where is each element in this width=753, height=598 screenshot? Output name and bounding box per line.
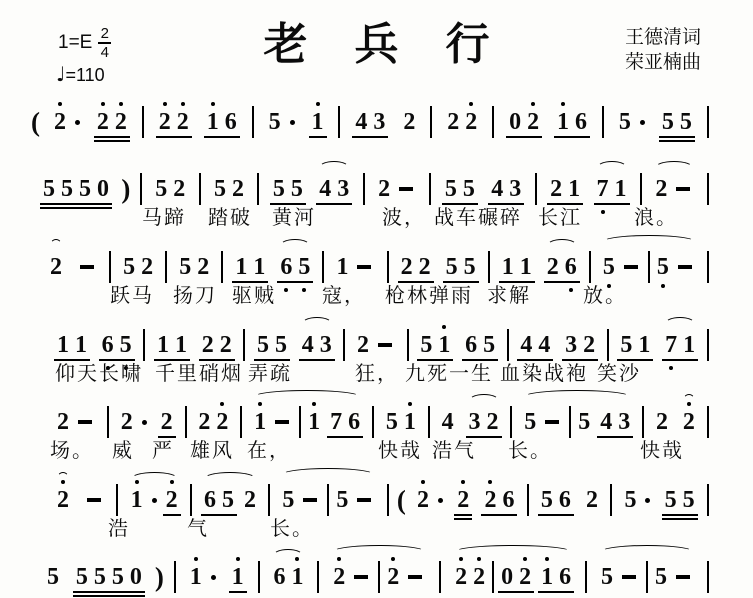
slur-span: 22: [328, 561, 430, 593]
note: 6: [502, 488, 514, 512]
note: 6: [565, 255, 577, 279]
note-group: 5: [264, 110, 299, 134]
dash: [622, 575, 636, 579]
note: 0: [130, 565, 142, 589]
note: 2: [473, 565, 485, 589]
note-group: 32: [560, 333, 600, 357]
note-group: 2: [452, 488, 474, 512]
note: 2: [216, 410, 228, 434]
note: 2: [166, 488, 178, 512]
dash: [275, 420, 289, 424]
note-group: 71: [592, 177, 632, 201]
beam-line: [204, 136, 240, 138]
note: 2: [115, 110, 127, 134]
note-group: 65: [199, 488, 239, 512]
note: 5: [620, 333, 632, 357]
lyric: 在，: [247, 434, 291, 463]
note: 2: [465, 110, 477, 134]
note-group: 43: [350, 110, 390, 134]
note-group: 51: [415, 333, 455, 357]
duration-dot: [142, 420, 147, 425]
note-group: 52: [150, 177, 190, 201]
lyric: 场。: [50, 434, 94, 463]
note-group: 11: [497, 255, 537, 279]
note-group: 43: [297, 333, 337, 357]
dash: [357, 265, 371, 269]
note-group: 2: [651, 410, 673, 434]
beam-line: [156, 136, 192, 138]
note-group: 2: [49, 110, 84, 134]
note-group: 11: [152, 333, 192, 357]
note: 5: [420, 333, 432, 357]
lyric: 千里硝烟: [155, 357, 243, 386]
note: 2: [57, 488, 69, 512]
note: 5: [446, 255, 458, 279]
lyric: 笑沙: [597, 357, 641, 386]
note: 1: [638, 333, 650, 357]
barline: [707, 561, 709, 593]
note-group: 16: [202, 110, 242, 134]
lyric: 气: [187, 512, 209, 541]
note-group: 2: [650, 177, 698, 201]
note: 2: [387, 565, 399, 589]
lyric: 长。: [270, 512, 314, 541]
beam-line: [94, 136, 130, 138]
barline: [492, 561, 494, 593]
note: 5: [61, 177, 73, 201]
note: 2: [519, 565, 531, 589]
note-group: 5: [650, 565, 698, 589]
barline: [430, 106, 432, 138]
note: 2: [198, 410, 210, 434]
note: 3: [509, 177, 521, 201]
barline: [707, 106, 709, 138]
lyric: 放。: [583, 279, 627, 308]
note: 5: [273, 177, 285, 201]
note: 6: [465, 333, 477, 357]
note: 3: [469, 410, 481, 434]
note: 6: [559, 565, 571, 589]
note: 5: [336, 488, 348, 512]
note-group: 55: [657, 110, 697, 134]
lyricist: 王德清词: [625, 26, 701, 51]
note-group: 2: [581, 488, 603, 512]
barline: [492, 106, 494, 138]
lyric-line: 马蹄踏破黄河波，战车碾碎长江浪。: [0, 201, 753, 227]
lyric: 黄河: [272, 201, 316, 230]
note: 3: [337, 177, 349, 201]
note: 3: [565, 333, 577, 357]
note: 1: [235, 255, 247, 279]
note-group: 44: [515, 333, 555, 357]
slur-span: 12: [126, 488, 183, 512]
beam-line: [309, 136, 327, 138]
dash: [624, 265, 638, 269]
note: 2: [333, 565, 345, 589]
lyric: 血染战袍: [500, 357, 588, 386]
dash: [676, 187, 690, 191]
note-group: 2: [328, 565, 376, 589]
lyric-line: 仰天长啸千里硝烟弄疏狂，九死一生血染战袍笑沙: [0, 357, 753, 383]
note: 1: [57, 333, 69, 357]
note: 5: [603, 255, 615, 279]
duration-dot: [152, 498, 157, 503]
note: 1: [291, 565, 303, 589]
note: 5: [269, 110, 281, 134]
dash: [354, 575, 368, 579]
note-group: 16: [536, 565, 576, 589]
beam-line: [229, 591, 247, 593]
note: 5: [619, 110, 631, 134]
note-group: 65: [97, 333, 137, 357]
note-group: 5: [596, 565, 644, 589]
lyric: 求解: [487, 279, 531, 308]
note: 6: [280, 255, 292, 279]
lyric: 快哉: [640, 434, 684, 463]
note-group: 2: [52, 488, 74, 512]
note: 1: [131, 488, 143, 512]
note-group: 2: [156, 410, 178, 434]
dash: [408, 575, 422, 579]
note-group: 22: [193, 410, 233, 434]
note: 2: [244, 488, 256, 512]
note-group: [79, 498, 109, 502]
note: 2: [547, 255, 559, 279]
note: 5: [657, 255, 669, 279]
note: 5: [155, 177, 167, 201]
note: 1: [75, 333, 87, 357]
note-group: 5: [573, 410, 595, 434]
note-group: 22: [396, 255, 436, 279]
lyric: 扬刀: [173, 279, 217, 308]
note: 5: [120, 333, 132, 357]
note: 5: [257, 333, 269, 357]
note: 5: [655, 565, 667, 589]
beam-line: [506, 136, 542, 138]
barline: [338, 106, 340, 138]
note-group: 52: [209, 177, 249, 201]
note-group: 2: [239, 488, 261, 512]
note: 5: [47, 565, 59, 589]
note: 2: [403, 110, 415, 134]
lyric: 狂，: [355, 357, 399, 386]
note-group: 5: [331, 488, 379, 512]
note: 6: [102, 333, 114, 357]
note-group: 5: [277, 488, 325, 512]
slur-span: 220216: [450, 561, 576, 593]
parenthesis: ): [155, 564, 164, 591]
lyric: 长。: [508, 434, 552, 463]
note: 7: [665, 333, 677, 357]
lyric: 长江: [538, 201, 582, 230]
note-group: 2: [161, 488, 183, 512]
note: 5: [601, 565, 613, 589]
note: 2: [378, 177, 390, 201]
note: 2: [161, 410, 173, 434]
note: 6: [559, 488, 571, 512]
barline: [258, 561, 260, 593]
note-group: 5: [619, 488, 654, 512]
note-group: 52: [118, 255, 158, 279]
note: 1: [568, 177, 580, 201]
note: 1: [541, 565, 553, 589]
note-group: 22: [92, 110, 132, 134]
lyric-line: 场。威严雄风在，快哉浩气长。快哉: [0, 434, 753, 460]
note-group: 2: [382, 565, 430, 589]
note-group: 2: [678, 410, 700, 434]
note: 1: [520, 255, 532, 279]
note-group: 55: [660, 488, 700, 512]
beam-line: [352, 136, 388, 138]
note: 2: [57, 410, 69, 434]
dash: [78, 420, 92, 424]
note: 1: [207, 110, 219, 134]
note: 2: [455, 565, 467, 589]
note: 1: [615, 177, 627, 201]
note: 5: [445, 177, 457, 201]
note: 1: [157, 333, 169, 357]
note: 3: [320, 333, 332, 357]
note: 5: [112, 565, 124, 589]
note: 5: [179, 255, 191, 279]
dash: [378, 343, 392, 347]
note-group: 26: [542, 255, 582, 279]
lyric: 浩气: [432, 434, 476, 463]
note: 5: [463, 177, 475, 201]
beam-line: [538, 591, 574, 593]
note: 2: [159, 110, 171, 134]
note: 5: [662, 110, 674, 134]
dash: [399, 187, 413, 191]
note: 4: [600, 410, 612, 434]
beam-line: [73, 591, 145, 593]
credits: 王德清词 荣亚楠曲: [625, 26, 701, 75]
barline: [142, 106, 144, 138]
note: 2: [419, 255, 431, 279]
music-line: 55550)11612222021655: [42, 556, 711, 598]
note: 3: [373, 110, 385, 134]
note-group: 1: [227, 565, 249, 589]
note: 2: [550, 177, 562, 201]
lyric: 威: [112, 434, 134, 463]
lyric: 马蹄: [142, 201, 186, 230]
score-page: 1=E 2 4 ♩=110 老 兵 行 王德清词 荣亚楠曲 (222221651…: [0, 0, 753, 598]
note: 2: [177, 110, 189, 134]
note-group: 1: [303, 410, 325, 434]
note-group: 43: [595, 410, 635, 434]
note-group: 65: [460, 333, 500, 357]
dash: [678, 265, 692, 269]
note: 4: [355, 110, 367, 134]
note: 5: [386, 410, 398, 434]
note: 5: [524, 410, 536, 434]
barline: [378, 561, 380, 593]
barline: [252, 106, 254, 138]
note-group: 5550: [71, 565, 147, 589]
note: 5: [43, 177, 55, 201]
lyric: 九死一生: [405, 357, 493, 386]
lyric: 波，: [382, 201, 426, 230]
note: 5: [76, 565, 88, 589]
barline: [439, 561, 441, 593]
note-group: 51: [381, 410, 421, 434]
note: 0: [97, 177, 109, 201]
note-group: 5550: [38, 177, 114, 201]
lyric: 弄疏: [248, 357, 292, 386]
note-group: 22: [197, 333, 237, 357]
barline: [602, 106, 604, 138]
note: 1: [254, 410, 266, 434]
note: 2: [527, 110, 539, 134]
note: 2: [457, 488, 469, 512]
note: 2: [447, 110, 459, 134]
note: 2: [141, 255, 153, 279]
note: 4: [520, 333, 532, 357]
music-line: (222221651432220216555: [30, 101, 711, 143]
note: 6: [204, 488, 216, 512]
note: 2: [487, 410, 499, 434]
lyric: 驱贼: [232, 279, 276, 308]
note: 0: [501, 565, 513, 589]
note-group: 2: [116, 410, 151, 434]
note: 6: [273, 565, 285, 589]
lyric-line: 跃马扬刀驱贼寇，枪林弹雨求解放。: [0, 279, 753, 305]
note-group: 4: [437, 410, 459, 434]
note-group: 5: [598, 255, 646, 279]
dash: [87, 498, 101, 502]
note: 5: [275, 333, 287, 357]
note: 4: [538, 333, 550, 357]
composer: 荣亚楠曲: [625, 51, 701, 76]
note: 2: [655, 177, 667, 201]
note-group: 61: [268, 565, 308, 589]
beam-line: [498, 591, 534, 593]
note-group: 65: [275, 255, 315, 279]
note: 1: [308, 410, 320, 434]
note-group: 56: [536, 488, 576, 512]
beam-line: [73, 595, 145, 597]
duration-dot: [645, 498, 650, 503]
note: 5: [680, 110, 692, 134]
note-group: 2: [373, 177, 421, 201]
note: 5: [624, 488, 636, 512]
beam-line: [659, 136, 695, 138]
note: 5: [123, 255, 135, 279]
note: 2: [220, 333, 232, 357]
dash: [676, 575, 690, 579]
note-group: 22: [450, 565, 490, 589]
note-group: 26: [479, 488, 519, 512]
duration-dot: [75, 120, 80, 125]
note: 1: [336, 255, 348, 279]
dash: [80, 265, 94, 269]
note: 2: [401, 255, 413, 279]
note: 2: [121, 410, 133, 434]
lyric: 仰天长啸: [55, 357, 143, 386]
note-group: 22: [154, 110, 194, 134]
note: 4: [302, 333, 314, 357]
note: 2: [197, 255, 209, 279]
parenthesis: (: [397, 487, 406, 514]
note: 1: [175, 333, 187, 357]
note: 2: [586, 488, 598, 512]
duration-dot: [640, 120, 645, 125]
note-group: 2: [412, 488, 447, 512]
note: 5: [683, 488, 695, 512]
lyric: 严: [152, 434, 174, 463]
note: 1: [404, 410, 416, 434]
note: 2: [202, 333, 214, 357]
note: 1: [557, 110, 569, 134]
note-group: 5: [652, 255, 700, 279]
note: 4: [491, 177, 503, 201]
note: 1: [683, 333, 695, 357]
note: 1: [502, 255, 514, 279]
note: 5: [298, 255, 310, 279]
duration-dot: [211, 575, 216, 580]
note: 5: [214, 177, 226, 201]
lyric: 跃马: [110, 279, 154, 308]
note: 5: [541, 488, 553, 512]
note-group: 21: [545, 177, 585, 201]
parenthesis: ): [121, 176, 130, 203]
note: 1: [438, 333, 450, 357]
beam-line: [554, 136, 590, 138]
note-group: 76: [325, 410, 365, 434]
note-group: 5: [614, 110, 649, 134]
note-group: 2: [45, 255, 67, 279]
note-group: 1: [185, 565, 220, 589]
note: 5: [464, 255, 476, 279]
note: 4: [442, 410, 454, 434]
note: 2: [232, 177, 244, 201]
note-group: 2: [352, 333, 400, 357]
note-group: 1: [331, 255, 379, 279]
duration-dot: [290, 120, 295, 125]
note: 6: [575, 110, 587, 134]
note-group: 22: [442, 110, 482, 134]
note: 4: [319, 177, 331, 201]
note: 5: [222, 488, 234, 512]
note-group: 1: [307, 110, 329, 134]
note: 1: [232, 565, 244, 589]
note-group: 32: [464, 410, 504, 434]
slur-span: 55: [596, 561, 698, 593]
note-group: 55: [252, 333, 292, 357]
note-group: 1: [249, 410, 297, 434]
note-group: 55: [268, 177, 308, 201]
note: 5: [94, 565, 106, 589]
note-group: 43: [314, 177, 354, 201]
lyric: 踏破: [208, 201, 252, 230]
note: 2: [484, 488, 496, 512]
note: 2: [357, 333, 369, 357]
note-group: 11: [230, 255, 270, 279]
note: 2: [173, 177, 185, 201]
note-group: 43: [486, 177, 526, 201]
dash: [545, 420, 559, 424]
lyric-line: 浩气长。: [0, 512, 753, 538]
duration-dot: [438, 498, 443, 503]
parenthesis: (: [31, 109, 40, 136]
lyric: 枪林弹雨: [385, 279, 473, 308]
note-group: 5: [519, 410, 567, 434]
note: 1: [190, 565, 202, 589]
beam-line: [94, 140, 130, 142]
note-group: [72, 265, 102, 269]
barline: [585, 561, 587, 593]
note-group: 11: [52, 333, 92, 357]
